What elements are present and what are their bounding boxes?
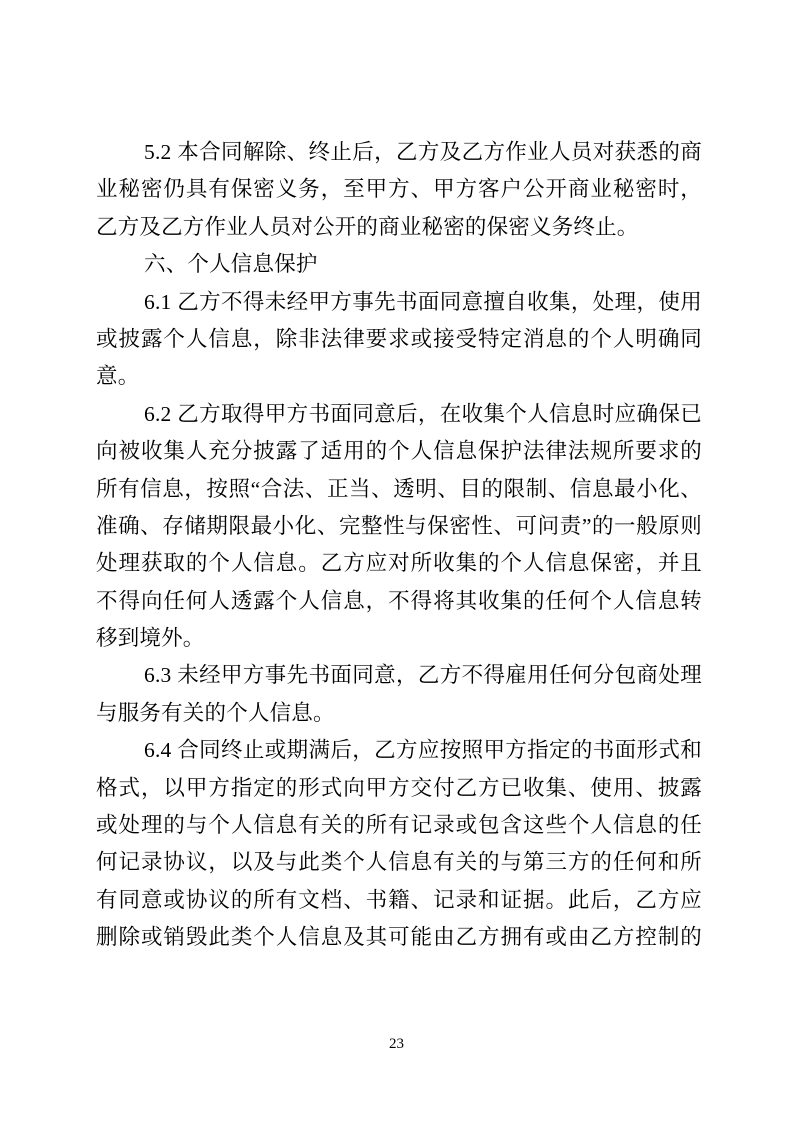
text-line: 处理获取的个人信息。乙方应对所收集的个人信息保密，并且	[96, 545, 702, 582]
text-line: 格式，以甲方指定的形式向甲方交付乙方已收集、使用、披露	[96, 770, 702, 807]
text-line: 何记录协议，以及与此类个人信息有关的与第三方的任何和所	[96, 844, 702, 881]
text-line: 准确、存储期限最小化、完整性与保密性、可问责”的一般原则	[96, 508, 702, 545]
page-number: 23	[0, 1034, 793, 1054]
text-line: 所有信息，按照“合法、正当、透明、目的限制、信息最小化、	[96, 471, 702, 508]
text-line: 向被收集人充分披露了适用的个人信息保护法律法规所要求的	[96, 433, 702, 470]
text-line-clause-6-4: 6.4 合同终止或期满后，乙方应按照甲方指定的书面形式和	[96, 732, 702, 769]
text-line: 删除或销毁此类个人信息及其可能由乙方拥有或由乙方控制的	[96, 919, 702, 956]
text-line: 移到境外。	[96, 620, 702, 657]
document-body: 5.2 本合同解除、终止后，乙方及乙方作业人员对获悉的商 业秘密仍具有保密义务，…	[96, 134, 702, 957]
text-line-clause-6-2: 6.2 乙方取得甲方书面同意后，在收集个人信息时应确保已	[96, 396, 702, 433]
text-line-clause-6-3: 6.3 未经甲方事先书面同意，乙方不得雇用任何分包商处理	[96, 657, 702, 694]
text-line: 意。	[96, 358, 702, 395]
text-line-clause-5-2: 5.2 本合同解除、终止后，乙方及乙方作业人员对获悉的商	[96, 134, 702, 171]
text-line: 业秘密仍具有保密义务，至甲方、甲方客户公开商业秘密时，	[96, 171, 702, 208]
document-page: 5.2 本合同解除、终止后，乙方及乙方作业人员对获悉的商 业秘密仍具有保密义务，…	[0, 0, 793, 1122]
text-line-clause-6-1: 6.1 乙方不得未经甲方事先书面同意擅自收集，处理，使用	[96, 284, 702, 321]
text-line: 不得向任何人透露个人信息，不得将其收集的任何个人信息转	[96, 583, 702, 620]
text-line: 乙方及乙方作业人员对公开的商业秘密的保密义务终止。	[96, 209, 702, 246]
text-line: 或披露个人信息，除非法律要求或接受特定消息的个人明确同	[96, 321, 702, 358]
text-line: 有同意或协议的所有文档、书籍、记录和证据。此后，乙方应	[96, 882, 702, 919]
text-line: 或处理的与个人信息有关的所有记录或包含这些个人信息的任	[96, 807, 702, 844]
section-heading-6: 六、个人信息保护	[96, 246, 702, 283]
text-line: 与服务有关的个人信息。	[96, 695, 702, 732]
